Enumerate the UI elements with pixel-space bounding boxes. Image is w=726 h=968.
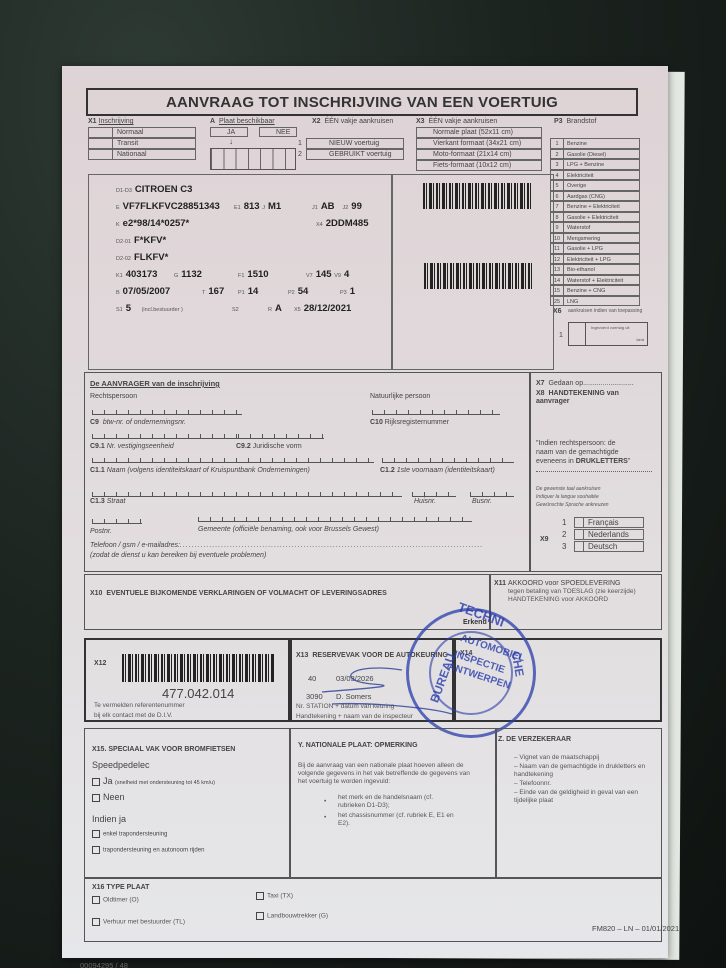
insurer-item: – Telefoonnr. (514, 780, 654, 788)
field-x5: 28/12/2021 (304, 303, 352, 314)
applicant-heading: De AANVRAGER van de inschrijving (90, 379, 220, 388)
x6-header: X6 (553, 308, 562, 315)
x15-neen-option[interactable]: Neen (92, 792, 125, 802)
c1-2-input[interactable] (382, 457, 514, 463)
checkbox[interactable] (92, 896, 100, 904)
reference-number: 477.042.014 (162, 686, 234, 701)
fuel-option[interactable]: 25LNG (550, 296, 640, 307)
field-e-vin: VF7FLKFVC28851343 (123, 201, 220, 212)
checkbox[interactable] (256, 912, 264, 920)
fuel-option[interactable]: 1Benzine (550, 138, 640, 149)
fuel-option[interactable]: 5Overige (550, 180, 640, 191)
fuel-option[interactable]: 8Gasolie + Elektriciteit (550, 212, 640, 223)
busnr-input[interactable] (470, 491, 514, 497)
arrow-down-icon: ↓ (229, 137, 233, 146)
c1-3-input[interactable] (92, 491, 402, 497)
x16-section (84, 878, 662, 942)
fuel-option[interactable]: 7Benzine + Elektriciteit (550, 201, 640, 212)
checkbox[interactable] (92, 778, 100, 786)
x3-option-moto[interactable]: Moto-formaat (21x14 cm) (416, 149, 542, 160)
insurer-item: – Vignet van de maatschappij (514, 754, 654, 762)
x2-header: X2 ÉÉN vakje aankruisen (312, 118, 393, 125)
fuel-option[interactable]: 14Waterstof + Elektriciteit (550, 275, 640, 286)
x2-option-nieuw[interactable]: NIEUW voertuig (306, 138, 404, 149)
x8-signature-area[interactable]: X8 HANDTEKENING van aanvrager (536, 390, 646, 406)
fuel-option[interactable]: 12Elektriciteit + LPG (550, 254, 640, 265)
x2-option-gebruikt[interactable]: GEBRUIKT voertuig (306, 149, 404, 160)
x3-option-vierkant[interactable]: Vierkant formaat (34x21 cm) (416, 138, 542, 149)
barcode-bottom (424, 263, 532, 289)
field-t: 167 (208, 286, 224, 297)
field-k: e2*98/14*0257* (123, 218, 190, 229)
x16-oldtimer[interactable]: Oldtimer (O) (92, 896, 139, 904)
x15-opt1[interactable]: enkel trapondersteuning (92, 830, 167, 838)
plate-number-cells[interactable] (210, 148, 296, 170)
field-p3: 1 (350, 286, 355, 297)
x16-taxi[interactable]: Taxi (TX) (256, 892, 293, 900)
c9-input[interactable] (92, 409, 242, 415)
inspection-stamp: AUTOMOBIEL INSPECTIE ANTWERPEN Erkend BU… (406, 608, 536, 738)
c9-2-input[interactable] (238, 433, 324, 439)
a-yes-box[interactable]: JA (210, 127, 248, 137)
field-j1: AB (321, 201, 335, 212)
field-d1-d3: CITROEN C3 (135, 184, 193, 195)
checkbox[interactable] (92, 918, 100, 926)
barcode-top (423, 183, 531, 209)
x6-checkbox-box[interactable]: Ingevoerd voertuig uit land (568, 322, 648, 346)
c10-input[interactable] (372, 409, 500, 415)
a-header: A Plaat beschikbaar (210, 118, 275, 125)
x8-note: "Indien rechtspersoon: denaam van de gem… (536, 439, 652, 466)
field-g: 1132 (181, 269, 202, 280)
field-d2-01: F*KFV* (134, 235, 166, 246)
form-title: AANVRAAG TOT INSCHRIJVING VAN EEN VOERTU… (86, 88, 638, 116)
language-list: 1Français2Nederlands3Deutsch (562, 516, 644, 552)
field-k1: 403173 (126, 269, 158, 280)
field-j2: 99 (351, 201, 362, 212)
c9-1-input[interactable] (92, 433, 242, 439)
language-option[interactable]: 1Français (562, 516, 644, 528)
field-j: M1 (268, 201, 281, 212)
x12-barcode (122, 654, 274, 682)
form-code: FM820 – LN – 01/01/2021 (592, 924, 679, 933)
field-f1: 1510 (247, 269, 268, 280)
fuel-option[interactable]: 4Elektriciteit (550, 170, 640, 181)
x15-opt2[interactable]: trapondersteuning en autonoom rijden (92, 846, 204, 854)
p3-header: P3 Brandstof (554, 118, 596, 125)
x16-landbouw[interactable]: Landbouwtrekker (G) (256, 912, 328, 920)
checkbox[interactable] (256, 892, 264, 900)
insurer-item: – Einde van de geldigheid in geval van e… (514, 789, 654, 805)
x3-header: X3 ÉÉN vakje aankruisen (416, 118, 497, 125)
checkbox[interactable] (574, 541, 584, 552)
checkbox[interactable] (92, 846, 100, 854)
fuel-option[interactable]: 10Mengsmering (550, 233, 640, 244)
language-option[interactable]: 2Nederlands (562, 528, 644, 540)
fuel-option[interactable]: 3LPG + Benzine (550, 159, 640, 170)
field-v7: 145 (316, 269, 332, 280)
huisnr-input[interactable] (412, 491, 456, 497)
x16-verhuur[interactable]: Verhuur met bestuurder (TL) (92, 918, 185, 926)
gemeente-input[interactable] (198, 516, 472, 522)
checkbox[interactable] (574, 517, 584, 528)
insurer-item: – Naam van de gemachtigde in drukletters… (514, 763, 654, 779)
x1-header: X1 Inschrijving (88, 118, 134, 125)
c1-1-input[interactable] (92, 457, 374, 463)
serial-number: 00094295 / 48 (80, 961, 128, 968)
field-b: 07/05/2007 (123, 286, 171, 297)
fuel-option[interactable]: 6Aardgas (CNG) (550, 191, 640, 202)
checkbox[interactable] (574, 529, 584, 540)
registration-form: AANVRAAG TOT INSCHRIJVING VAN EEN VOERTU… (62, 66, 668, 958)
field-r: A (275, 303, 282, 314)
fuel-option[interactable]: 2Gasolie (Diesel) (550, 149, 640, 160)
x3-option-fiets[interactable]: Fiets-formaat (10x12 cm) (416, 160, 542, 171)
field-s1: 5 (126, 303, 131, 314)
x3-option-normale[interactable]: Normale plaat (52x11 cm) (416, 127, 542, 138)
field-v9: 4 (344, 269, 349, 280)
checkbox[interactable] (92, 830, 100, 838)
a-no-box[interactable]: NEE (259, 127, 297, 137)
fuel-option[interactable]: 11Gasolie + LPG (550, 243, 640, 254)
field-x4: 2DDM485 (326, 218, 369, 229)
field-d2-02: FLKFV* (134, 252, 168, 263)
insurer-list: – Vignet van de maatschappij– Naam van d… (514, 754, 654, 806)
postnr-input[interactable] (92, 518, 142, 524)
checkbox[interactable] (92, 794, 100, 802)
field-p1: 14 (248, 286, 259, 297)
field-p2: 54 (298, 286, 309, 297)
x15-ja-option[interactable]: Ja (snelheid met ondersteuning tot 45 km… (92, 776, 215, 786)
field-e1: 813 (244, 201, 260, 212)
fuel-option[interactable]: 15Benzine + CNG (550, 285, 640, 296)
fuel-list: 1Benzine2Gasolie (Diesel)3LPG + Benzine4… (550, 138, 640, 306)
fuel-option[interactable]: 9Waterstof (550, 222, 640, 233)
language-option[interactable]: 3Deutsch (562, 540, 644, 552)
fuel-option[interactable]: 13Bio-ethanol (550, 264, 640, 275)
